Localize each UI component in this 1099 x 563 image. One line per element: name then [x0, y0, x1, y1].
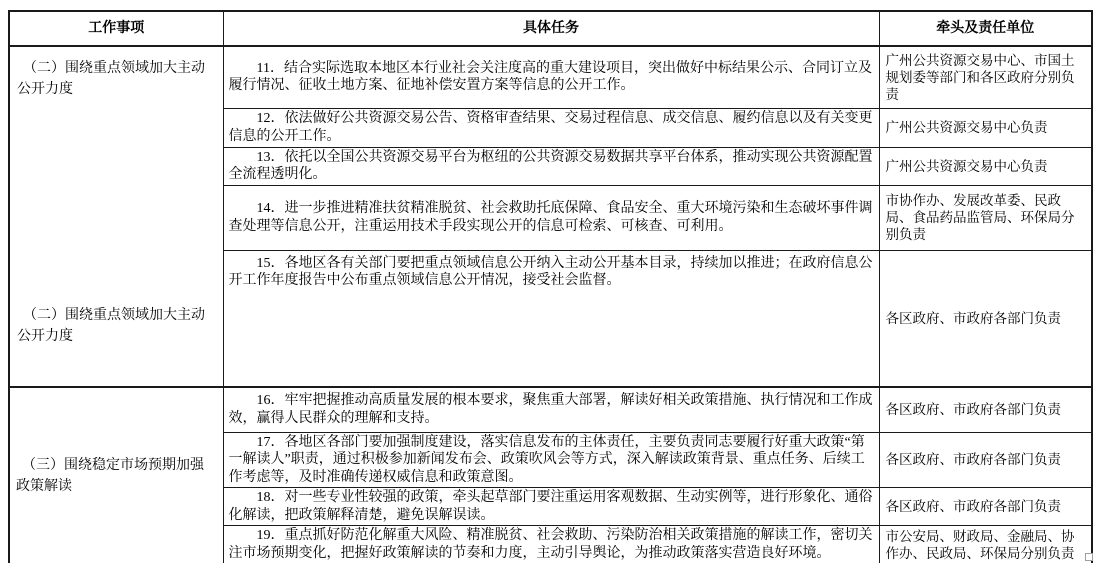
section-3-label: （三）围绕稳定市场预期加强政策解读 — [16, 455, 217, 497]
col-header-work-item: 工作事项 — [9, 11, 223, 46]
task-text-16: 16．牢牢把握推动高质量发展的根本要求，聚焦重大部署，解读好相关政策措施、执行情… — [229, 392, 874, 427]
table-row: （二）围绕重点领域加大主动公开力度 （二）围绕重点领域加大主动公开力度 11．结… — [9, 46, 1092, 108]
task-text-13: 13．依托以全国公共资源交易平台为枢纽的公共资源交易数据共享平台体系，推动实现公… — [229, 149, 874, 184]
unit-cell-12: 广州公共资源交易中心负责 — [879, 108, 1092, 147]
table-row: （三）围绕稳定市场预期加强政策解读 16．牢牢把握推动高质量发展的根本要求，聚焦… — [9, 387, 1092, 432]
task-cell-17: 17．各地区各部门要加强制度建设，落实信息发布的主体责任，主要负责同志要履行好重… — [223, 432, 879, 488]
task-cell-11: 11．结合实际选取本地区本行业社会关注度高的重大建设项目，突出做好中标结果公示、… — [223, 46, 879, 108]
section-2-label-repeat: （二）围绕重点领域加大主动公开力度 — [17, 305, 219, 347]
task-cell-16: 16．牢牢把握推动高质量发展的根本要求，聚焦重大部署，解读好相关政策措施、执行情… — [223, 387, 879, 432]
task-text-18: 18．对一些专业性较强的政策，牵头起草部门要注重运用客观数据、生动实例等，进行形… — [229, 489, 874, 524]
task-text-12: 12．依法做好公共资源交易公告、资格审查结果、交易过程信息、成交信息、履约信息以… — [229, 110, 874, 145]
work-tasks-table: 工作事项 具体任务 牵头及责任单位 （二）围绕重点领域加大主动公开力度 （二）围… — [8, 10, 1093, 563]
unit-cell-17: 各区政府、市政府各部门负责 — [879, 432, 1092, 488]
unit-cell-19: 市公安局、财政局、金融局、协作办、民政局、环保局分别负责 — [879, 526, 1092, 563]
header-row: 工作事项 具体任务 牵头及责任单位 — [9, 11, 1092, 46]
task-cell-13: 13．依托以全国公共资源交易平台为枢纽的公共资源交易数据共享平台体系，推动实现公… — [223, 147, 879, 185]
task-cell-15: 15．各地区各有关部门要把重点领域信息公开纳入主动公开基本目录，持续加以推进；在… — [223, 250, 879, 387]
unit-cell-11: 广州公共资源交易中心、市国土规划委等部门和各区政府分别负责 — [879, 46, 1092, 108]
unit-cell-13: 广州公共资源交易中心负责 — [879, 147, 1092, 185]
task-text-17: 17．各地区各部门要加强制度建设，落实信息发布的主体责任，主要负责同志要履行好重… — [229, 434, 874, 487]
task-cell-18: 18．对一些专业性较强的政策，牵头起草部门要注重运用客观数据、生动实例等，进行形… — [223, 488, 879, 526]
unit-cell-14: 市协作办、发展改革委、民政局、食品药品监管局、环保局分别负责 — [879, 185, 1092, 250]
table-resize-handle[interactable] — [1085, 553, 1093, 561]
col-header-unit: 牵头及责任单位 — [879, 11, 1092, 46]
task-text-15: 15．各地区各有关部门要把重点领域信息公开纳入主动公开基本目录，持续加以推进；在… — [229, 255, 874, 290]
task-cell-12: 12．依法做好公共资源交易公告、资格审查结果、交易过程信息、成交信息、履约信息以… — [223, 108, 879, 147]
unit-cell-16: 各区政府、市政府各部门负责 — [879, 387, 1092, 432]
task-text-19: 19．重点抓好防范化解重大风险、精准脱贫、社会救助、污染防治相关政策措施的解读工… — [229, 527, 874, 562]
unit-cell-15: 各区政府、市政府各部门负责 — [879, 250, 1092, 387]
section-3-work-item-cell: （三）围绕稳定市场预期加强政策解读 — [9, 387, 223, 563]
task-cell-14: 14．进一步推进精准扶贫精准脱贫、社会救助托底保障、食品安全、重大环境污染和生态… — [223, 185, 879, 250]
task-text-14: 14．进一步推进精准扶贫精准脱贫、社会救助托底保障、食品安全、重大环境污染和生态… — [229, 200, 874, 235]
task-text-11: 11．结合实际选取本地区本行业社会关注度高的重大建设项目，突出做好中标结果公示、… — [229, 60, 874, 95]
unit-cell-18: 各区政府、市政府各部门负责 — [879, 488, 1092, 526]
col-header-task: 具体任务 — [223, 11, 879, 46]
section-2-work-item-cell: （二）围绕重点领域加大主动公开力度 （二）围绕重点领域加大主动公开力度 — [9, 46, 223, 387]
section-2-label: （二）围绕重点领域加大主动公开力度 — [17, 58, 219, 100]
document-page: 工作事项 具体任务 牵头及责任单位 （二）围绕重点领域加大主动公开力度 （二）围… — [0, 0, 1099, 563]
task-cell-19: 19．重点抓好防范化解重大风险、精准脱贫、社会救助、污染防治相关政策措施的解读工… — [223, 526, 879, 563]
